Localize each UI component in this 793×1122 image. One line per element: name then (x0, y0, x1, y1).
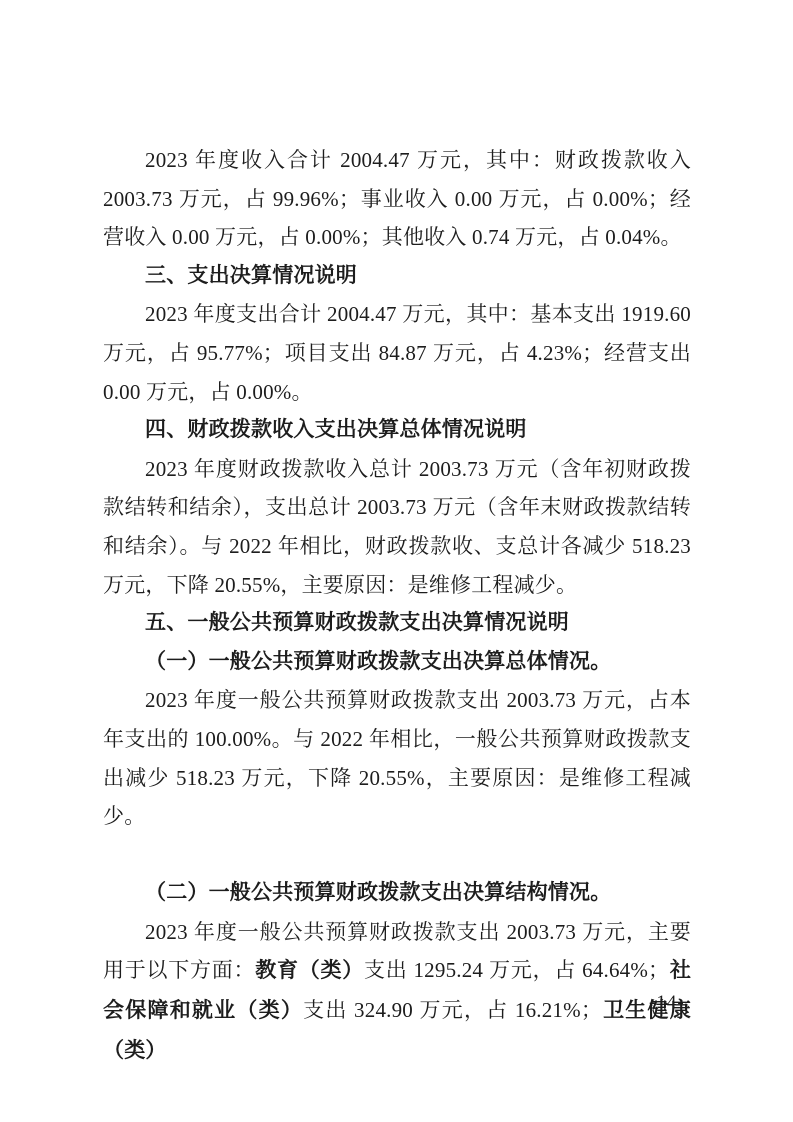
paragraph-fiscal-appropriation-summary: 2023 年度财政拨款收入总计 2003.73 万元（含年初财政拨款结转和结余）… (103, 450, 691, 604)
document-body: 2023 年度收入合计 2004.47 万元，其中：财政拨款收入 2003.73… (103, 141, 691, 1070)
page-number: -14- (649, 991, 685, 1015)
blank-line (103, 836, 691, 875)
subheading-5-2-structure-situation: （二）一般公共预算财政拨款支出决算结构情况。 (103, 874, 691, 913)
text-run-bold-education: 教育（类） (255, 959, 364, 982)
paragraph-income-summary: 2023 年度收入合计 2004.47 万元，其中：财政拨款收入 2003.73… (103, 141, 691, 257)
heading-section-4-fiscal-appropriation: 四、财政拨款收入支出决算总体情况说明 (103, 411, 691, 450)
subheading-5-1-overall-situation: （一）一般公共预算财政拨款支出决算总体情况。 (103, 643, 691, 682)
text-run: 支出 324.90 万元，占 16.21%； (303, 998, 602, 1022)
paragraph-expenditure-summary: 2023 年度支出合计 2004.47 万元，其中：基本支出 1919.60 万… (103, 295, 691, 411)
paragraph-general-budget-overall: 2023 年度一般公共预算财政拨款支出 2003.73 万元，占本年支出的 10… (103, 681, 691, 835)
heading-section-5-general-public-budget: 五、一般公共预算财政拨款支出决算情况说明 (103, 604, 691, 643)
paragraph-expenditure-structure: 2023 年度一般公共预算财政拨款支出 2003.73 万元，主要用于以下方面：… (103, 913, 691, 1070)
text-run: 支出 1295.24 万元，占 64.64%； (364, 958, 669, 982)
heading-section-3-expenditure: 三、支出决算情况说明 (103, 257, 691, 296)
document-page: 2023 年度收入合计 2004.47 万元，其中：财政拨款收入 2003.73… (0, 0, 793, 1122)
